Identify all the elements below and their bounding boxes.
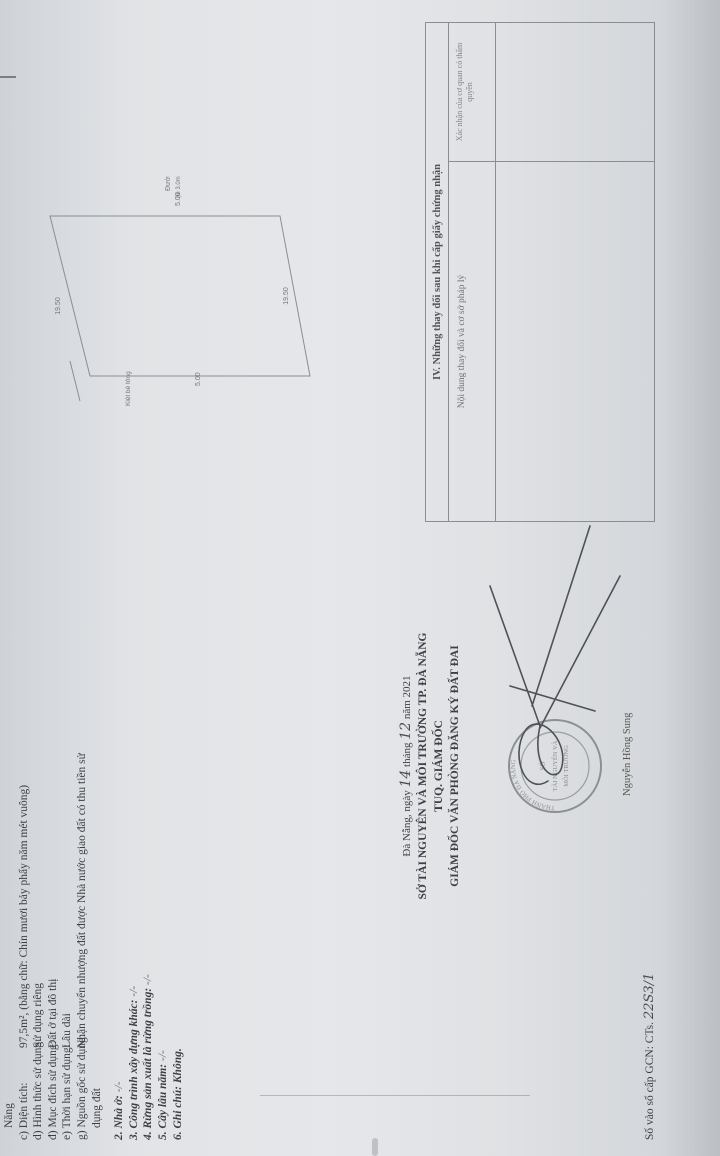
issue-month: 12 (398, 722, 414, 740)
info-value: Sử dụng riêng (31, 983, 46, 1048)
land-info-block: Năng c) Diện tích: 97,5m², (bằng chữ: Ch… (2, 753, 185, 1140)
section-notes: 6. Ghi chú: Không. (171, 753, 186, 1140)
issuing-agency: SỞ TÀI NGUYÊN VÀ MÔI TRƯỜNG TP. ĐÀ NẴNG (415, 626, 431, 906)
info-line-origin: g) Nguồn gốc sử dụng: Nhận chuyển nhượng… (75, 753, 90, 1140)
info-value: 97,5m², (bằng chữ: Chín mươi bảy phẩy nă… (17, 785, 32, 1048)
road-back-label: Kiệt bê tông (125, 371, 132, 406)
info-value: Nhận chuyển nhượng đất được Nhà nước gia… (75, 753, 90, 1048)
side-length-label: 5.00 (195, 372, 202, 386)
info-line-term: e) Thời hạn sử dụng: Lâu dài (60, 753, 75, 1140)
signer-title: GIÁM ĐỐC VĂN PHÒNG ĐĂNG KÝ ĐẤT ĐAI (447, 626, 463, 906)
signer-name: Nguyễn Hồng Sung (622, 713, 633, 796)
column-header-content: Nội dung thay đổi và cơ sở pháp lý (449, 161, 495, 521)
table-header-row: Nội dung thay đổi và cơ sở pháp lý Xác n… (449, 23, 496, 521)
section-house: 2. Nhà ở: -/- (112, 753, 127, 1140)
info-label: d) Hình thức sử dụng: (31, 1048, 46, 1140)
info-label: đ) Mục đích sử dụng: (46, 1048, 61, 1140)
table-cell-content (496, 161, 655, 521)
registry-label: Số vào sổ cấp GCN: CTs (644, 1025, 656, 1140)
info-value: Lâu dài (60, 1013, 75, 1048)
side-length-label: 19.50 (283, 287, 290, 305)
table-title: IV. Những thay đổi sau khi cấp giấy chứn… (426, 23, 449, 521)
section-other-works: 3. Công trình xây dựng khác: -/- (127, 753, 142, 1140)
section-perennial: 5. Cây lâu năm: -/- (156, 753, 171, 1140)
info-value: Đất ở tại đô thị (46, 979, 61, 1048)
top-fragment: Năng (2, 753, 17, 1140)
registry-number: Số vào sổ cấp GCN: CTs. 22S3/1 (642, 973, 657, 1140)
authorization-line: TUQ. GIÁM ĐỐC (431, 626, 447, 906)
road-width-label: (lề 3.0m) (176, 176, 182, 198)
info-line-usage-form: d) Hình thức sử dụng: Sử dụng riêng (31, 753, 46, 1140)
issue-date: Đà Nẵng, ngày 14 tháng 12 năm 2021 (398, 626, 415, 906)
table-body-row (496, 23, 655, 521)
paper-blemish (372, 1138, 378, 1156)
section-forest: 4. Rừng sản xuất là rừng trồng: -/- (141, 753, 156, 1140)
issue-day: 14 (398, 770, 414, 788)
changes-table: IV. Những thay đổi sau khi cấp giấy chứn… (425, 22, 655, 522)
road-front-label: Đường Đặng Bá ? (165, 176, 172, 191)
column-header-confirmation: Xác nhận của cơ quan có thẩm quyền (449, 23, 495, 161)
table-cell-confirmation (496, 23, 655, 161)
info-label: g) Nguồn gốc sử dụng: (75, 1048, 90, 1140)
certificate-page: Năng c) Diện tích: 97,5m², (bằng chữ: Ch… (0, 0, 720, 1156)
info-line-purpose: đ) Mục đích sử dụng: Đất ở tại đô thị (46, 753, 61, 1140)
info-line-area: c) Diện tích: 97,5m², (bằng chữ: Chín mư… (17, 753, 32, 1140)
signature-block: Đà Nẵng, ngày 14 tháng 12 năm 2021 SỞ TÀ… (398, 626, 463, 906)
side-length-label: 19.50 (55, 297, 62, 315)
land-plot-sketch: 19.50 19.50 5.00 5.00 Đường Đặng Bá ? (l… (30, 176, 320, 416)
registry-handwritten-number: 22S3/1 (642, 973, 657, 1019)
info-label: e) Thời hạn sử dụng: (60, 1048, 75, 1140)
origin-continuation: dụng đất (90, 753, 105, 1140)
info-label: c) Diện tích: (17, 1048, 32, 1140)
